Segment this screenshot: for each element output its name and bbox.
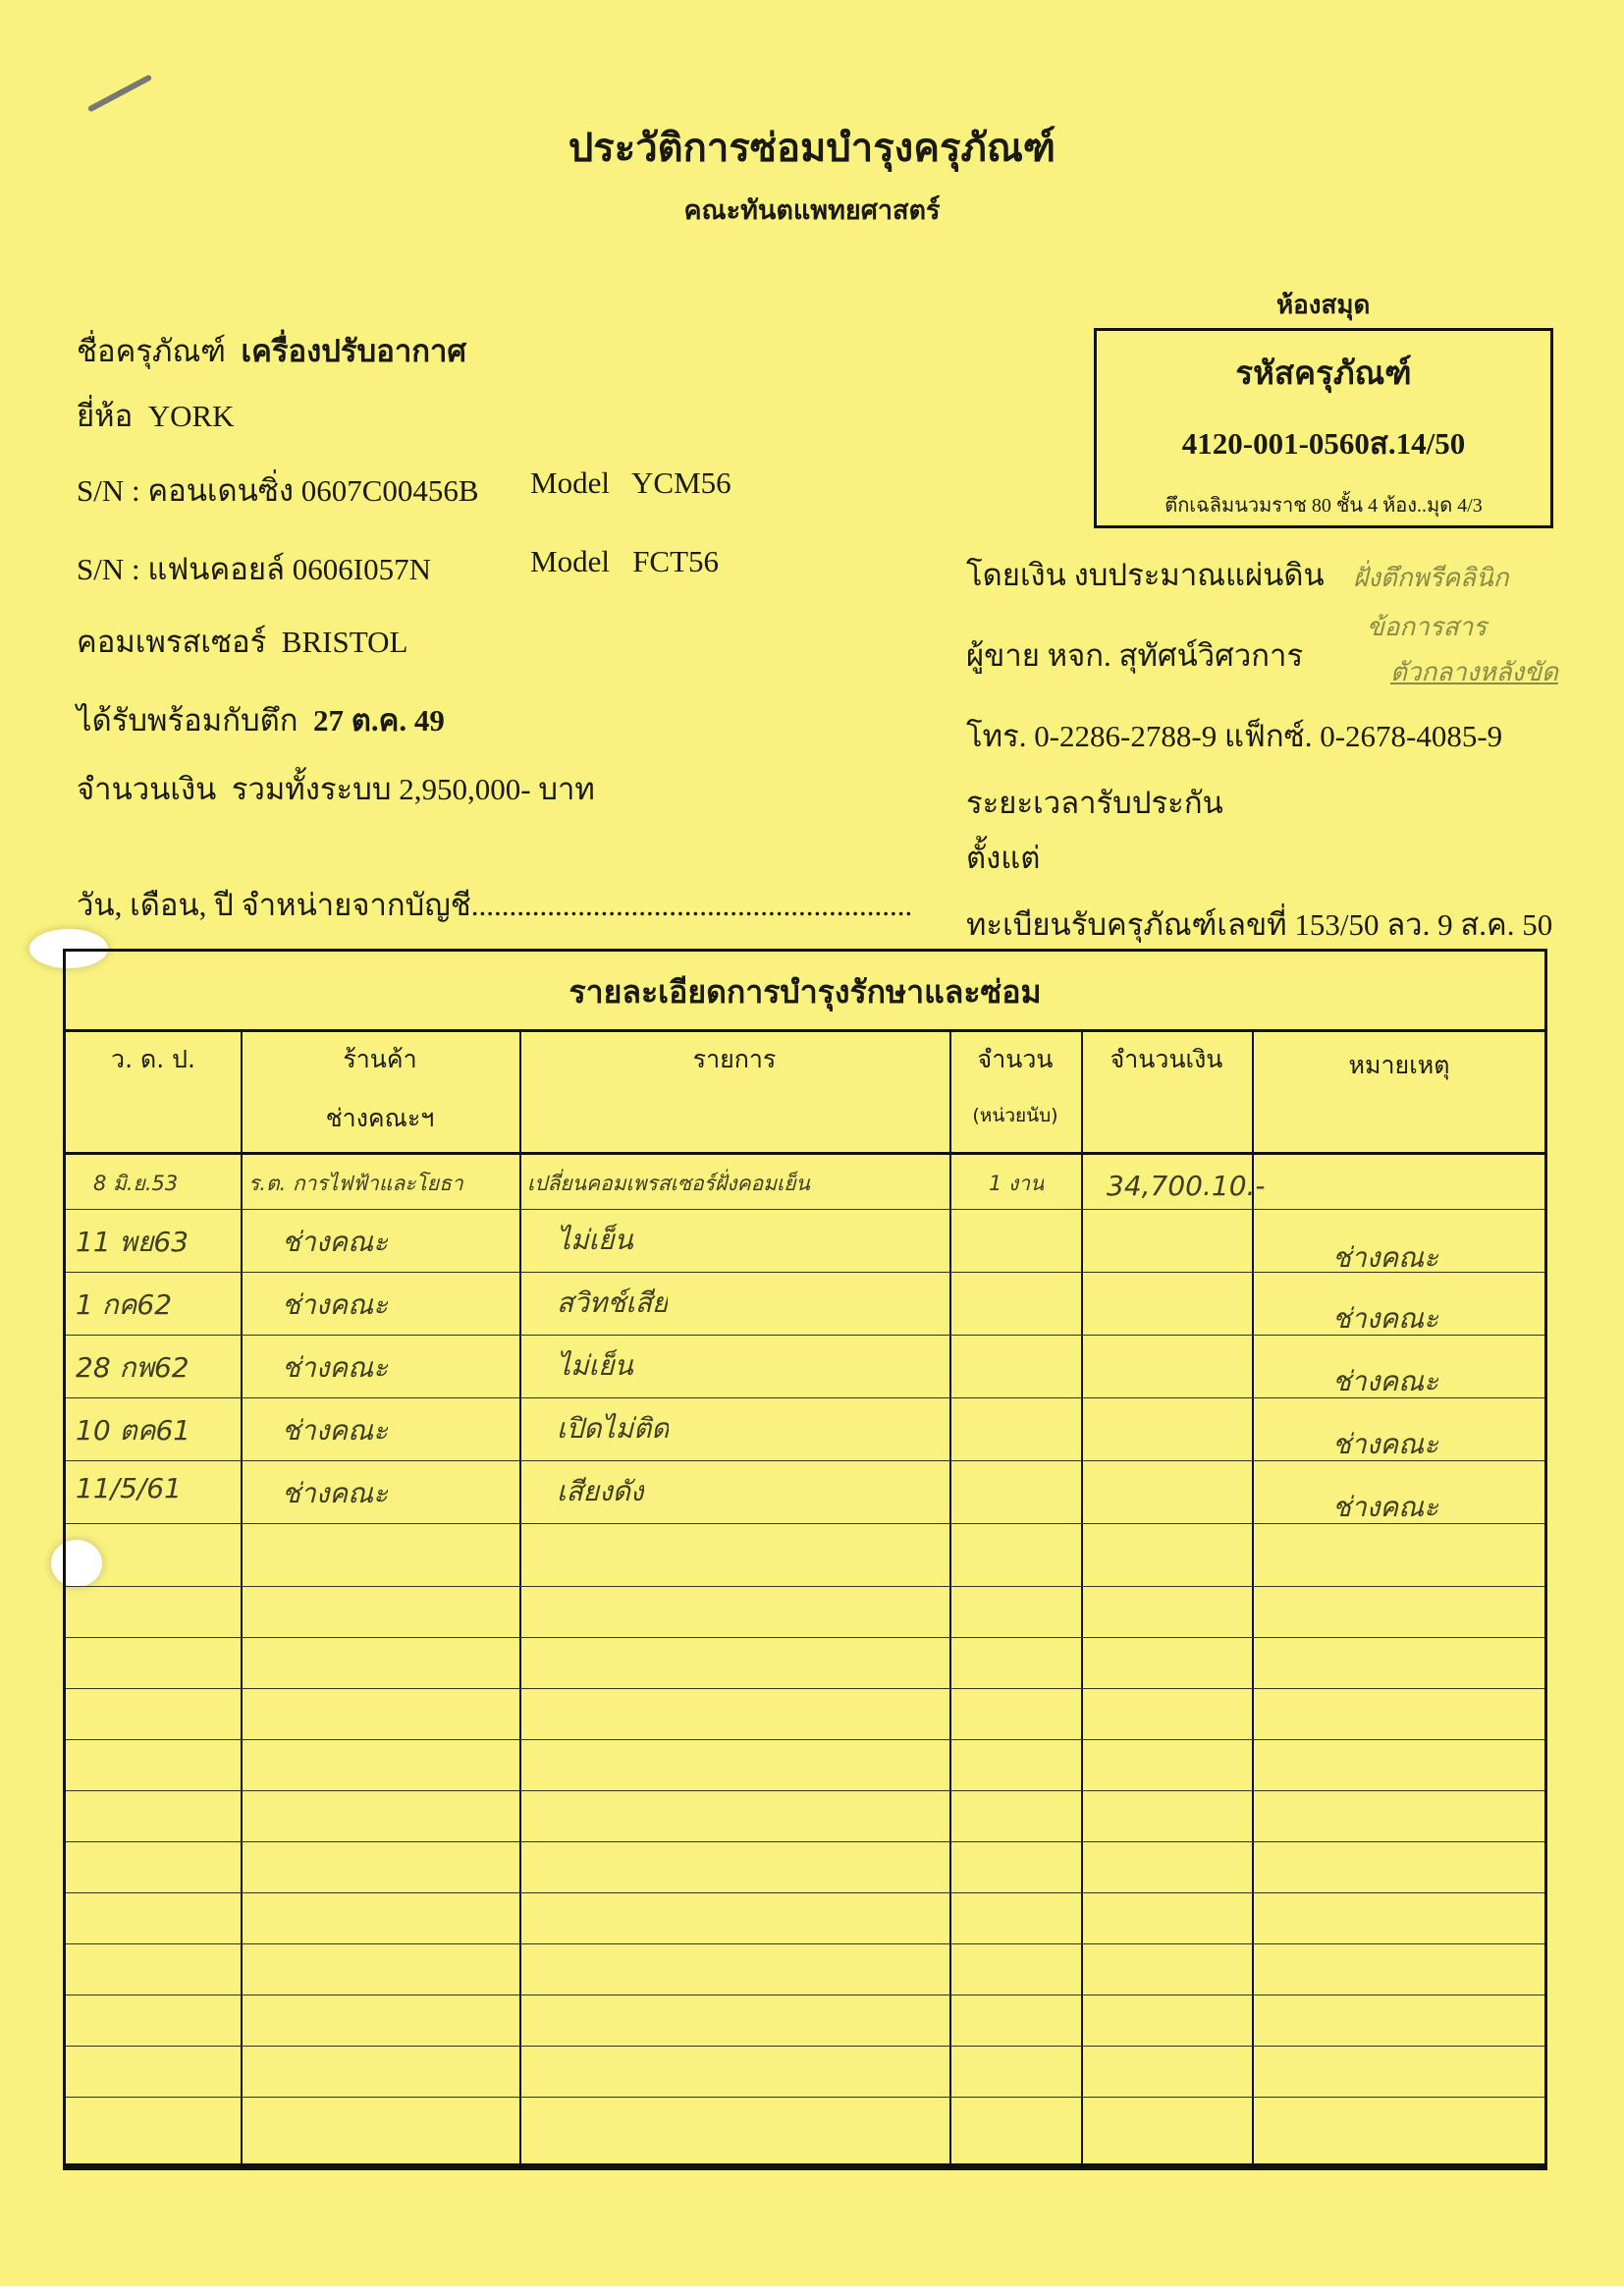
row-divider — [66, 1637, 1544, 1638]
sn-condensing-label: S/N : คอนเดนซิ่ง — [77, 473, 294, 508]
header-qty: จำนวน (หน่วยนับ) — [949, 1040, 1081, 1130]
cell-amount: 34,700.10.- — [1107, 1170, 1266, 1202]
asset-code-label: รหัสครุภัณฑ์ — [1097, 347, 1550, 399]
handwritten-note-line3: ตัวกลางหลังขัด — [1390, 652, 1558, 692]
maintenance-table: รายละเอียดการบำรุงรักษาและซ่อม ว. ด. ป. … — [63, 949, 1547, 2170]
model1-label: Model — [530, 465, 610, 500]
cell-qty: 1 งาน — [989, 1168, 1044, 1200]
row-divider — [66, 1272, 1544, 1273]
amount-field: จำนวนเงิน รวมทั้งระบบ 2,950,000- บาท — [77, 764, 595, 813]
row-divider — [66, 1397, 1544, 1398]
cell-date: 11 พย63 — [76, 1221, 189, 1264]
cell-remark: ช่างคณะ — [1332, 1236, 1438, 1280]
cell-remark: ช่างคณะ — [1332, 1297, 1438, 1340]
handwritten-note-line1: ฝั่งตึกพรีคลินิก — [1353, 558, 1509, 598]
row-divider — [66, 1460, 1544, 1461]
header-amount: จำนวนเงิน — [1081, 1040, 1252, 1079]
cell-shop: ช่างคณะ — [282, 1284, 388, 1327]
asset-name-label: ชื่อครุภัณฑ์ — [77, 334, 226, 368]
cell-item: เสียงดัง — [557, 1470, 644, 1513]
asset-location: ตึกเฉลิมนวมราช 80 ชั้น 4 ห้อง..มุด 4/3 — [1097, 489, 1550, 520]
compressor-value: BRISTOL — [282, 625, 408, 659]
cell-remark: ช่างคณะ — [1332, 1423, 1438, 1466]
cell-shop: ช่างคณะ — [282, 1472, 388, 1515]
cell-item: ไม่เย็น — [557, 1344, 633, 1388]
row-divider — [66, 1995, 1544, 1995]
cell-remark: ช่างคณะ — [1332, 1360, 1438, 1403]
handwritten-note-line2: ข้อการสาร — [1367, 607, 1487, 647]
compressor-label: คอมเพรสเซอร์ — [77, 625, 266, 659]
disposal-field: วัน, เดือน, ปี จำหน่ายจากบัญชี..........… — [77, 880, 912, 929]
cell-date: 11/5/61 — [76, 1472, 182, 1504]
header-shop-line2: ช่างคณะฯ — [241, 1099, 519, 1138]
staple-mark — [87, 74, 152, 112]
table-title: รายละเอียดการบำรุงรักษาและซ่อม — [66, 952, 1544, 1032]
cell-item: ไม่เย็น — [557, 1219, 633, 1262]
scan-edge — [0, 2286, 1624, 2296]
received-label: ได้รับพร้อมกับตึก — [77, 703, 298, 738]
cell-shop: ช่างคณะ — [282, 1409, 388, 1452]
amount-value: รวมทั้งระบบ 2,950,000- บาท — [232, 772, 595, 806]
row-divider — [66, 1841, 1544, 1842]
contact-field: โทร. 0-2286-2788-9 แฟ็กซ์. 0-2678-4085-9 — [966, 711, 1502, 760]
compressor-field: คอมเพรสเซอร์ BRISTOL — [77, 617, 407, 666]
cell-date: 10 ตค61 — [76, 1409, 190, 1452]
row-divider — [66, 1790, 1544, 1791]
received-date: 27 ต.ค. 49 — [313, 703, 445, 738]
header-shop: ร้านค้า ช่างคณะฯ — [241, 1040, 519, 1138]
funding-field: โดยเงิน งบประมาณแผ่นดิน — [966, 550, 1325, 599]
cell-shop: ช่างคณะ — [282, 1221, 388, 1264]
row-divider — [66, 1335, 1544, 1336]
sn-fancoil-field: S/N : แฟนคอยล์ 0606I057N — [77, 544, 431, 593]
row-divider — [66, 1209, 1544, 1210]
warranty-since-field: ตั้งแต่ — [966, 833, 1040, 882]
warranty-field: ระยะเวลารับประกัน — [966, 778, 1223, 827]
asset-code: 4120-001-0560ส.14/50 — [1097, 418, 1550, 467]
cell-date: 1 กค62 — [76, 1284, 172, 1327]
sn-condensing-field: S/N : คอนเดนซิ่ง 0607C00456B — [77, 465, 479, 515]
page-title: ประวัติการซ่อมบำรุงครุภัณฑ์ — [0, 116, 1624, 179]
room-label: ห้องสมุด — [1276, 285, 1370, 325]
amount-label: จำนวนเงิน — [77, 772, 216, 806]
brand-label: ยี่ห้อ — [77, 399, 133, 433]
asset-code-box: รหัสครุภัณฑ์ 4120-001-0560ส.14/50 ตึกเฉล… — [1094, 328, 1553, 528]
row-divider — [66, 1943, 1544, 1944]
registry-field: ทะเบียนรับครุภัณฑ์เลขที่ 153/50 ลว. 9 ส.… — [966, 900, 1552, 949]
row-divider — [66, 1892, 1544, 1893]
cell-remark: ช่างคณะ — [1332, 1486, 1438, 1529]
header-qty-line2: (หน่วยนับ) — [949, 1101, 1081, 1130]
model2-label: Model — [530, 544, 610, 578]
cell-shop: ช่างคณะ — [282, 1346, 388, 1390]
model2-field: Model FCT56 — [530, 544, 719, 579]
row-divider — [66, 1586, 1544, 1587]
model1-field: Model YCM56 — [530, 465, 731, 501]
header-item: รายการ — [519, 1040, 949, 1079]
brand-value: YORK — [148, 399, 235, 433]
cell-item: สวิทช์เสีย — [557, 1282, 668, 1325]
cell-shop: ร.ต. การไฟฟ้าและโยธา — [248, 1168, 517, 1200]
sn-fancoil-label: S/N : แฟนคอยล์ — [77, 552, 285, 586]
row-divider — [66, 1739, 1544, 1740]
seller-field: ผู้ขาย หจก. สุทัศน์วิศวการ — [966, 630, 1303, 680]
received-field: ได้รับพร้อมกับตึก 27 ต.ค. 49 — [77, 695, 445, 744]
header-date: ว. ด. ป. — [66, 1040, 241, 1079]
brand-field: ยี่ห้อ YORK — [77, 391, 235, 440]
header-qty-line1: จำนวน — [978, 1045, 1054, 1073]
row-divider — [66, 2046, 1544, 2047]
header-divider — [66, 1152, 1544, 1155]
model2-value: FCT56 — [632, 544, 719, 578]
sn-fancoil-value: 0606I057N — [293, 552, 431, 586]
asset-name-field: ชื่อครุภัณฑ์ เครื่องปรับอากาศ — [77, 326, 466, 375]
header-remark: หมายเหตุ — [1252, 1046, 1546, 1085]
row-divider — [66, 1523, 1544, 1524]
model1-value: YCM56 — [631, 465, 731, 500]
row-divider — [66, 1688, 1544, 1689]
sn-condensing-value: 0607C00456B — [301, 473, 479, 508]
cell-date: 8 มิ.ย.53 — [93, 1168, 178, 1200]
cell-item: เปลี่ยนคอมเพรสเซอร์ฝั่งคอมเย็น — [527, 1168, 947, 1200]
header-shop-line1: ร้านค้า — [343, 1045, 416, 1073]
row-divider — [66, 2097, 1544, 2098]
asset-name-value: เครื่องปรับอากาศ — [241, 334, 466, 368]
cell-date: 28 กพ62 — [76, 1346, 189, 1390]
cell-item: เปิดไม่ติด — [557, 1407, 669, 1450]
page-subtitle: คณะทันตแพทยศาสตร์ — [0, 189, 1624, 231]
